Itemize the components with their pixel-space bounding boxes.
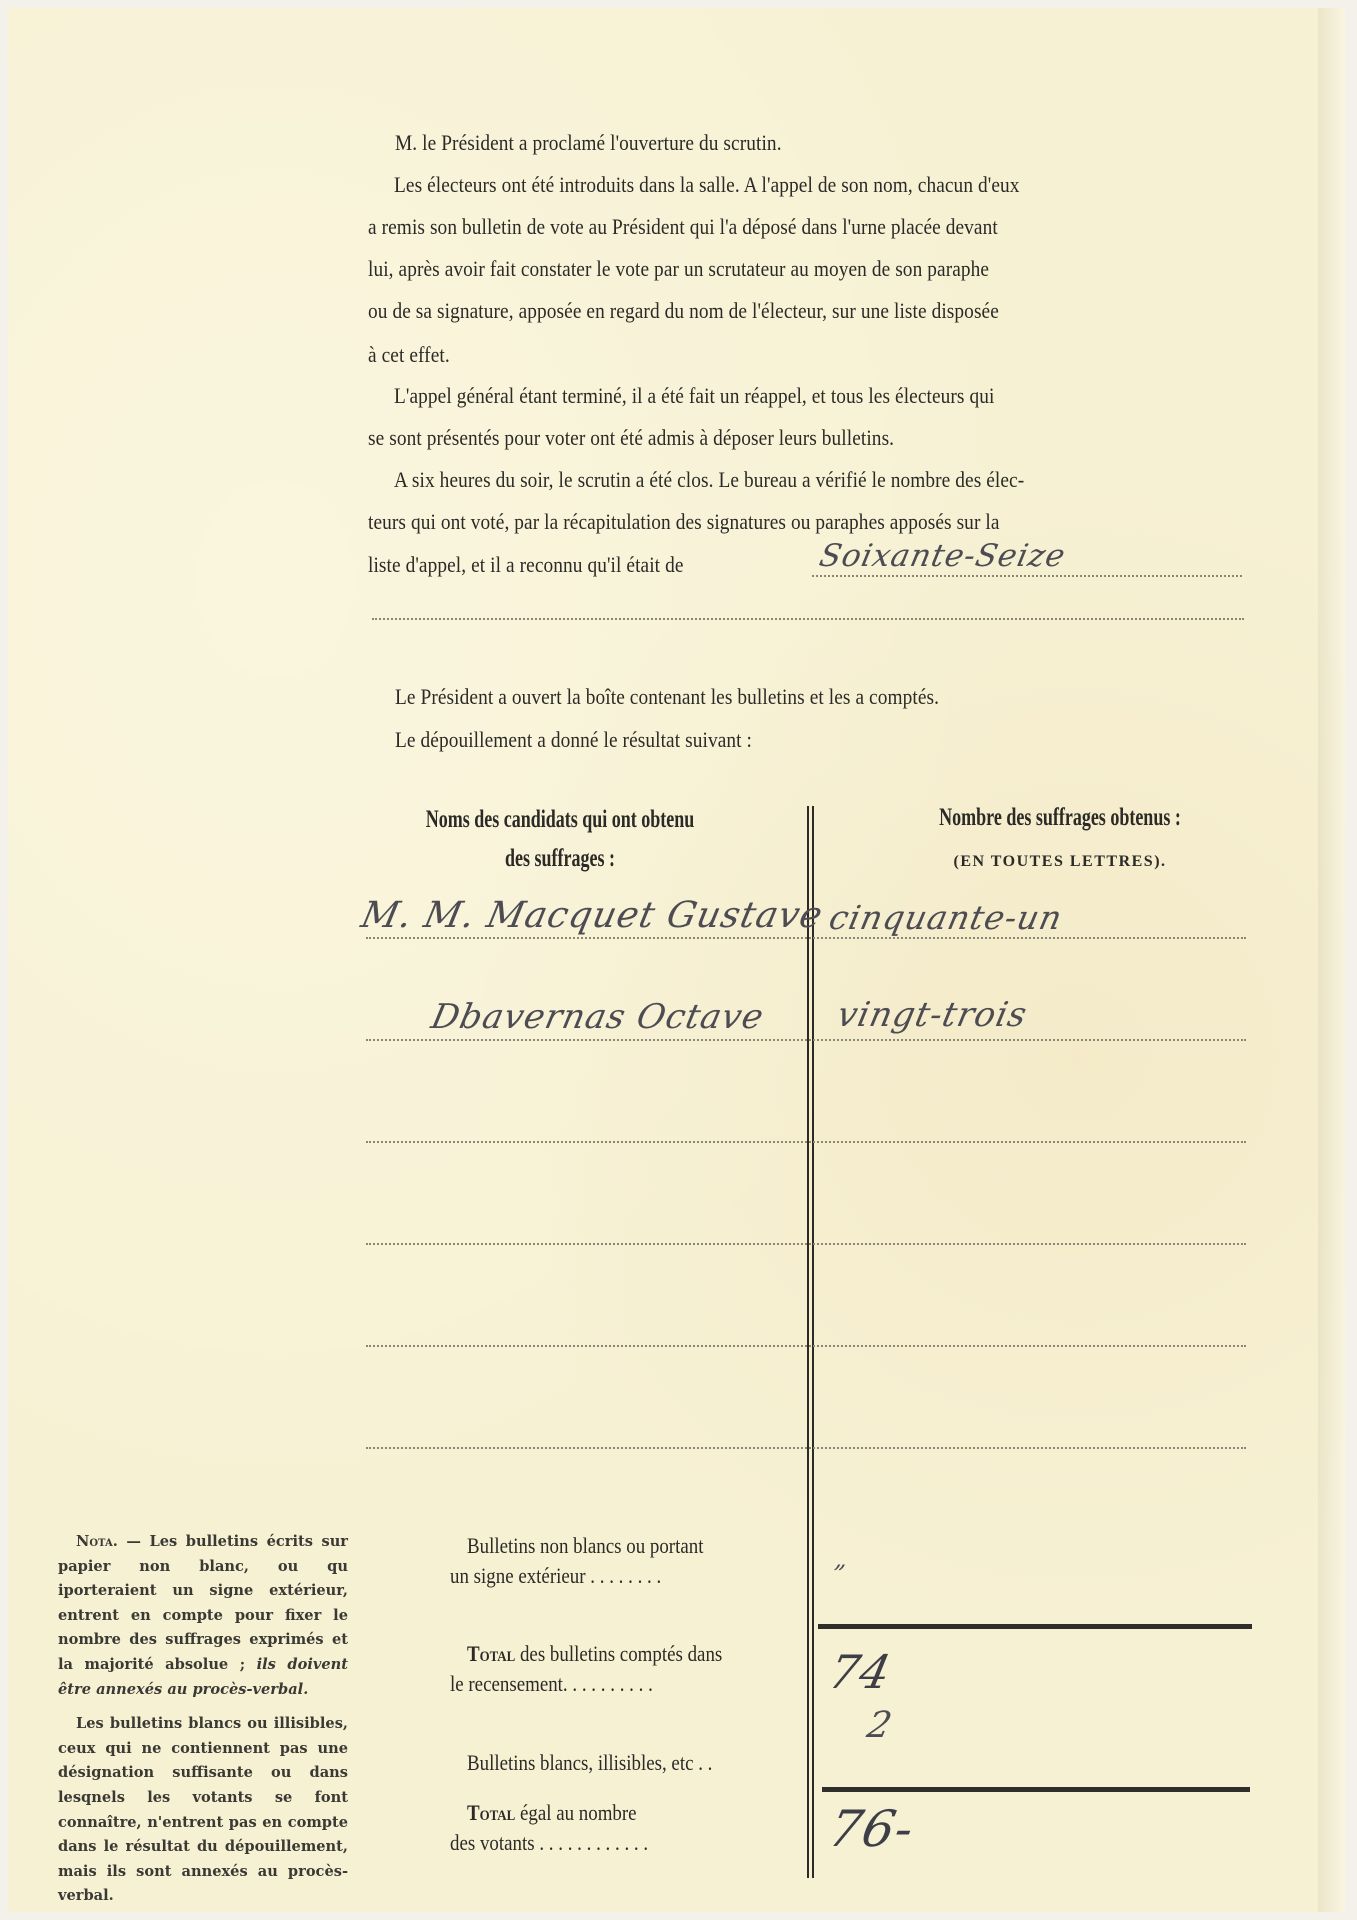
body-line: teurs qui ont voté, par la récapitulatio…	[368, 509, 1000, 535]
candidate-votes[interactable]: vingt-trois	[834, 995, 1031, 1035]
body-line: se sont présentés pour voter ont été adm…	[368, 425, 894, 451]
column-divider	[807, 806, 809, 1878]
row-dotted-line	[366, 1447, 1246, 1449]
body-line: M. le Président a proclamé l'ouverture d…	[395, 130, 782, 156]
nota-heading: Nota.	[76, 1533, 118, 1550]
column-divider	[812, 806, 814, 1878]
candidate-name[interactable]: M. M. Macquet Gustave	[358, 895, 827, 936]
candidate-votes[interactable]: cinquante-un	[826, 898, 1066, 937]
nota-footnote: Nota. — Les bulletins écrits sur papier …	[58, 1530, 348, 1919]
fill-in-dotted-line	[372, 618, 1244, 620]
body-line: L'appel général étant terminé, il a été …	[394, 383, 994, 409]
body-line: A six heures du soir, le scrutin a été c…	[394, 467, 1024, 493]
counted-value[interactable]: 74	[824, 1645, 896, 1699]
row-dotted-line	[366, 1141, 1246, 1143]
body-line: a remis son bulletin de vote au Présiden…	[368, 214, 998, 240]
total-separator-rule	[822, 1787, 1250, 1792]
votes-column-subheader: (EN TOUTES LETTRES).	[800, 853, 1320, 871]
candidates-column-header: Noms des candidats qui ont obtenu	[373, 806, 747, 834]
counted-label-line2: le recensement. . . . . . . . . .	[450, 1671, 653, 1697]
body-line: liste d'appel, et il a reconnu qu'il éta…	[368, 552, 684, 578]
voters-value[interactable]: 76-	[824, 1800, 920, 1858]
body-line: ou de sa signature, apposée en regard du…	[368, 298, 999, 324]
voters-label-line2: des votants . . . . . . . . . . . .	[450, 1830, 648, 1856]
non-blank-label: Bulletins non blancs ou portant	[467, 1533, 703, 1559]
votes-column-header: Nombre des suffrages obtenus :	[873, 804, 1247, 832]
row-dotted-line	[366, 1039, 1246, 1041]
non-blank-label-line2: un signe extérieur . . . . . . . .	[450, 1563, 661, 1589]
body-line: Le dépouillement a donné le résultat sui…	[395, 727, 752, 753]
row-dotted-line	[366, 937, 1246, 939]
body-line: à cet effet.	[368, 342, 450, 368]
body-line: Le Président a ouvert la boîte contenant…	[395, 684, 939, 710]
paper-fold-edge	[1318, 8, 1345, 1912]
candidate-name[interactable]: Dbavernas Octave	[428, 997, 768, 1037]
fill-in-dotted-line	[812, 575, 1242, 577]
voters-label: Total égal au nombre	[467, 1800, 637, 1826]
total-separator-rule	[818, 1624, 1252, 1629]
row-dotted-line	[366, 1243, 1246, 1245]
nota-paragraph-2: Les bulletins blancs ou illisibles, ceux…	[58, 1712, 348, 1909]
body-line: Les électeurs ont été introduits dans la…	[394, 172, 1020, 198]
counted-label: Total des bulletins comptés dans	[467, 1641, 722, 1667]
candidates-column-header-line2: des suffrages :	[373, 845, 747, 873]
row-dotted-line	[366, 1345, 1246, 1347]
handwritten-voter-count[interactable]: Soixante-Seize	[816, 538, 1069, 574]
blank-label: Bulletins blancs, illisibles, etc . .	[467, 1750, 712, 1776]
body-line: lui, après avoir fait constater le vote …	[368, 256, 989, 282]
